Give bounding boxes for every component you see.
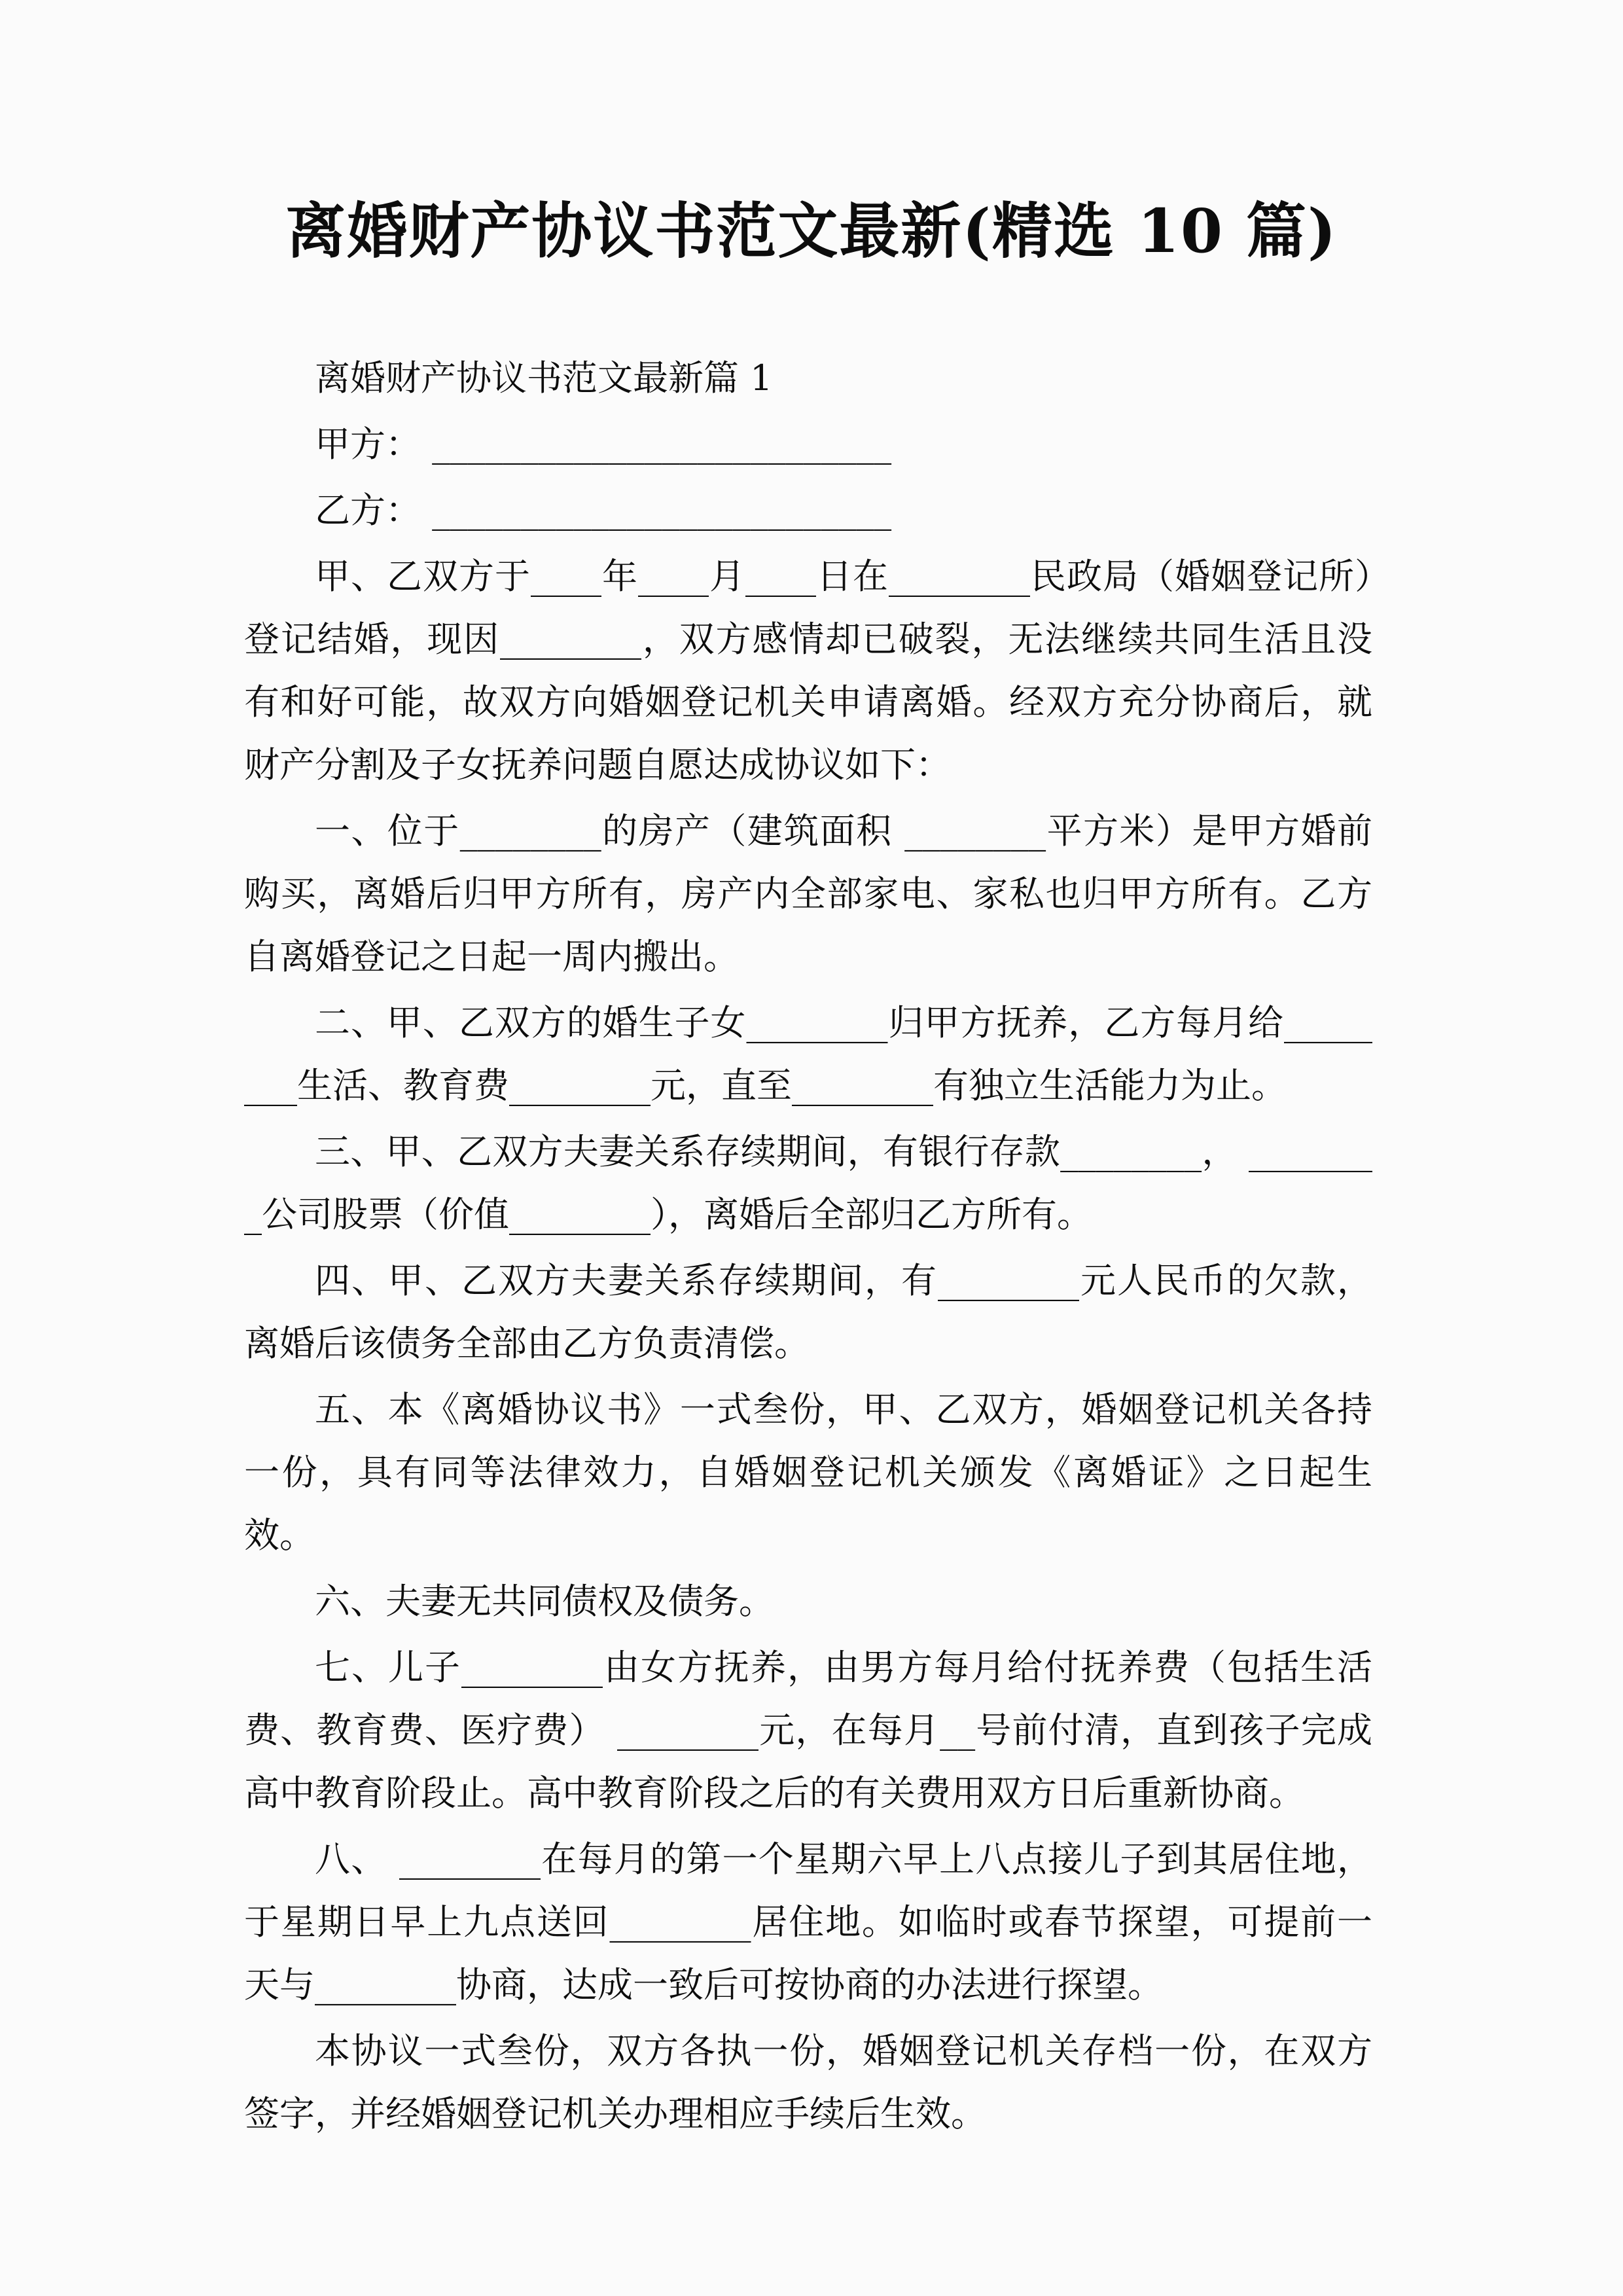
party-b-blank-line: 乙方： __________________________ [244, 479, 1372, 542]
clause-3-savings-stock: 三、甲、乙双方夫妻关系存续期间，有银行存款________， ________公… [244, 1121, 1372, 1246]
clause-8-visitation: 八、 ________在每月的第一个星期六早上八点接儿子到其居住地，于星期日早上… [244, 1828, 1372, 2017]
paragraph-intro: 甲、乙双方于____年____月____日在________民政局（婚姻登记所）… [244, 545, 1372, 797]
section-heading: 离婚财产协议书范文最新篇 1 [244, 347, 1372, 410]
closing-paragraph: 本协议一式叁份，双方各执一份，婚姻登记机关存档一份，在双方签字，并经婚姻登记机关… [244, 2020, 1372, 2145]
clause-6-no-joint-debt: 六、夫妻无共同债权及债务。 [244, 1570, 1372, 1633]
document-body: 离婚财产协议书范文最新篇 1 甲方： _____________________… [244, 347, 1372, 2149]
clause-2-custody: 二、甲、乙双方的婚生子女________归甲方抚养，乙方每月给________生… [244, 992, 1372, 1117]
clause-4-debt: 四、甲、乙双方夫妻关系存续期间，有________元人民币的欠款，离婚后该债务全… [244, 1249, 1372, 1375]
clause-7-child-support: 七、儿子________由女方抚养，由男方每月给付抚养费（包括生活费、教育费、医… [244, 1636, 1372, 1825]
clause-5-copies-effect: 五、本《离婚协议书》一式叁份，甲、乙双方，婚姻登记机关各持一份，具有同等法律效力… [244, 1378, 1372, 1567]
clause-1-property: 一、位于________的房产（建筑面积 ________平方米）是甲方婚前购买… [244, 800, 1372, 988]
document-page: 离婚财产协议书范文最新(精选 10 篇) 离婚财产协议书范文最新篇 1 甲方： … [0, 0, 1623, 2296]
document-title: 离婚财产协议书范文最新(精选 10 篇) [0, 194, 1623, 269]
party-a-blank-line: 甲方： __________________________ [244, 413, 1372, 476]
